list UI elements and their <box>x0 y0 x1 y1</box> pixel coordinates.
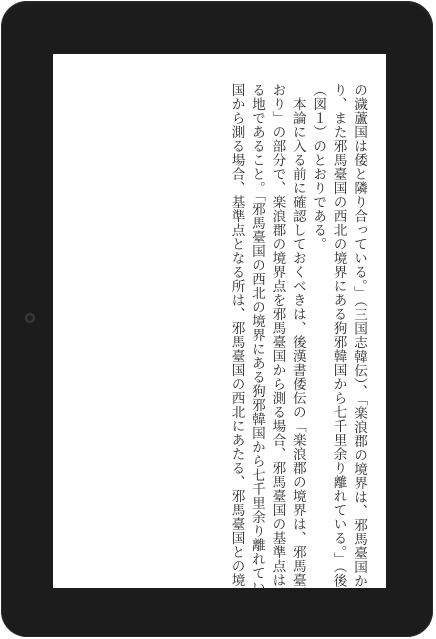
text-column-4: 本論に入る前に確認しておくべきは、後漢書倭伝の「楽浪郡の境界は、邪馬臺国から一万… <box>287 83 307 573</box>
page-text: の濊蘆国は倭と隣り合っている。」（三国志韓伝）、「楽浪郡の境界は、邪馬臺国から一… <box>226 83 369 573</box>
text-column-7: 国から測る場合、基準点となる所は、邪馬臺国の西北にあたる、邪馬臺国との境界線上の… <box>226 83 246 573</box>
text-column-3: （図１）のとおりである。 <box>308 83 328 573</box>
text-column-1: の濊蘆国は倭と隣り合っている。」（三国志韓伝）、「楽浪郡の境界は、邪馬臺国から一… <box>349 83 369 573</box>
reader-screen[interactable]: の濊蘆国は倭と隣り合っている。」（三国志韓伝）、「楽浪郡の境界は、邪馬臺国から一… <box>53 54 386 588</box>
tablet-device-frame: の濊蘆国は倭と隣り合っている。」（三国志韓伝）、「楽浪郡の境界は、邪馬臺国から一… <box>1 1 433 637</box>
text-column-6: る地であること。「邪馬臺国の西北の境界にある狗邪韓国から七千里余り離れている。」… <box>247 83 267 573</box>
text-column-2: り、また邪馬臺国の西北の境界にある狗邪韓国から七千里余り離れている。」（後漢書倭… <box>328 83 348 573</box>
home-button-icon[interactable] <box>25 313 35 323</box>
text-column-5: おり」の部分で、楽浪郡の境界点を邪馬臺国から測る場合、邪馬臺国の基準点は、女王の… <box>267 83 287 573</box>
